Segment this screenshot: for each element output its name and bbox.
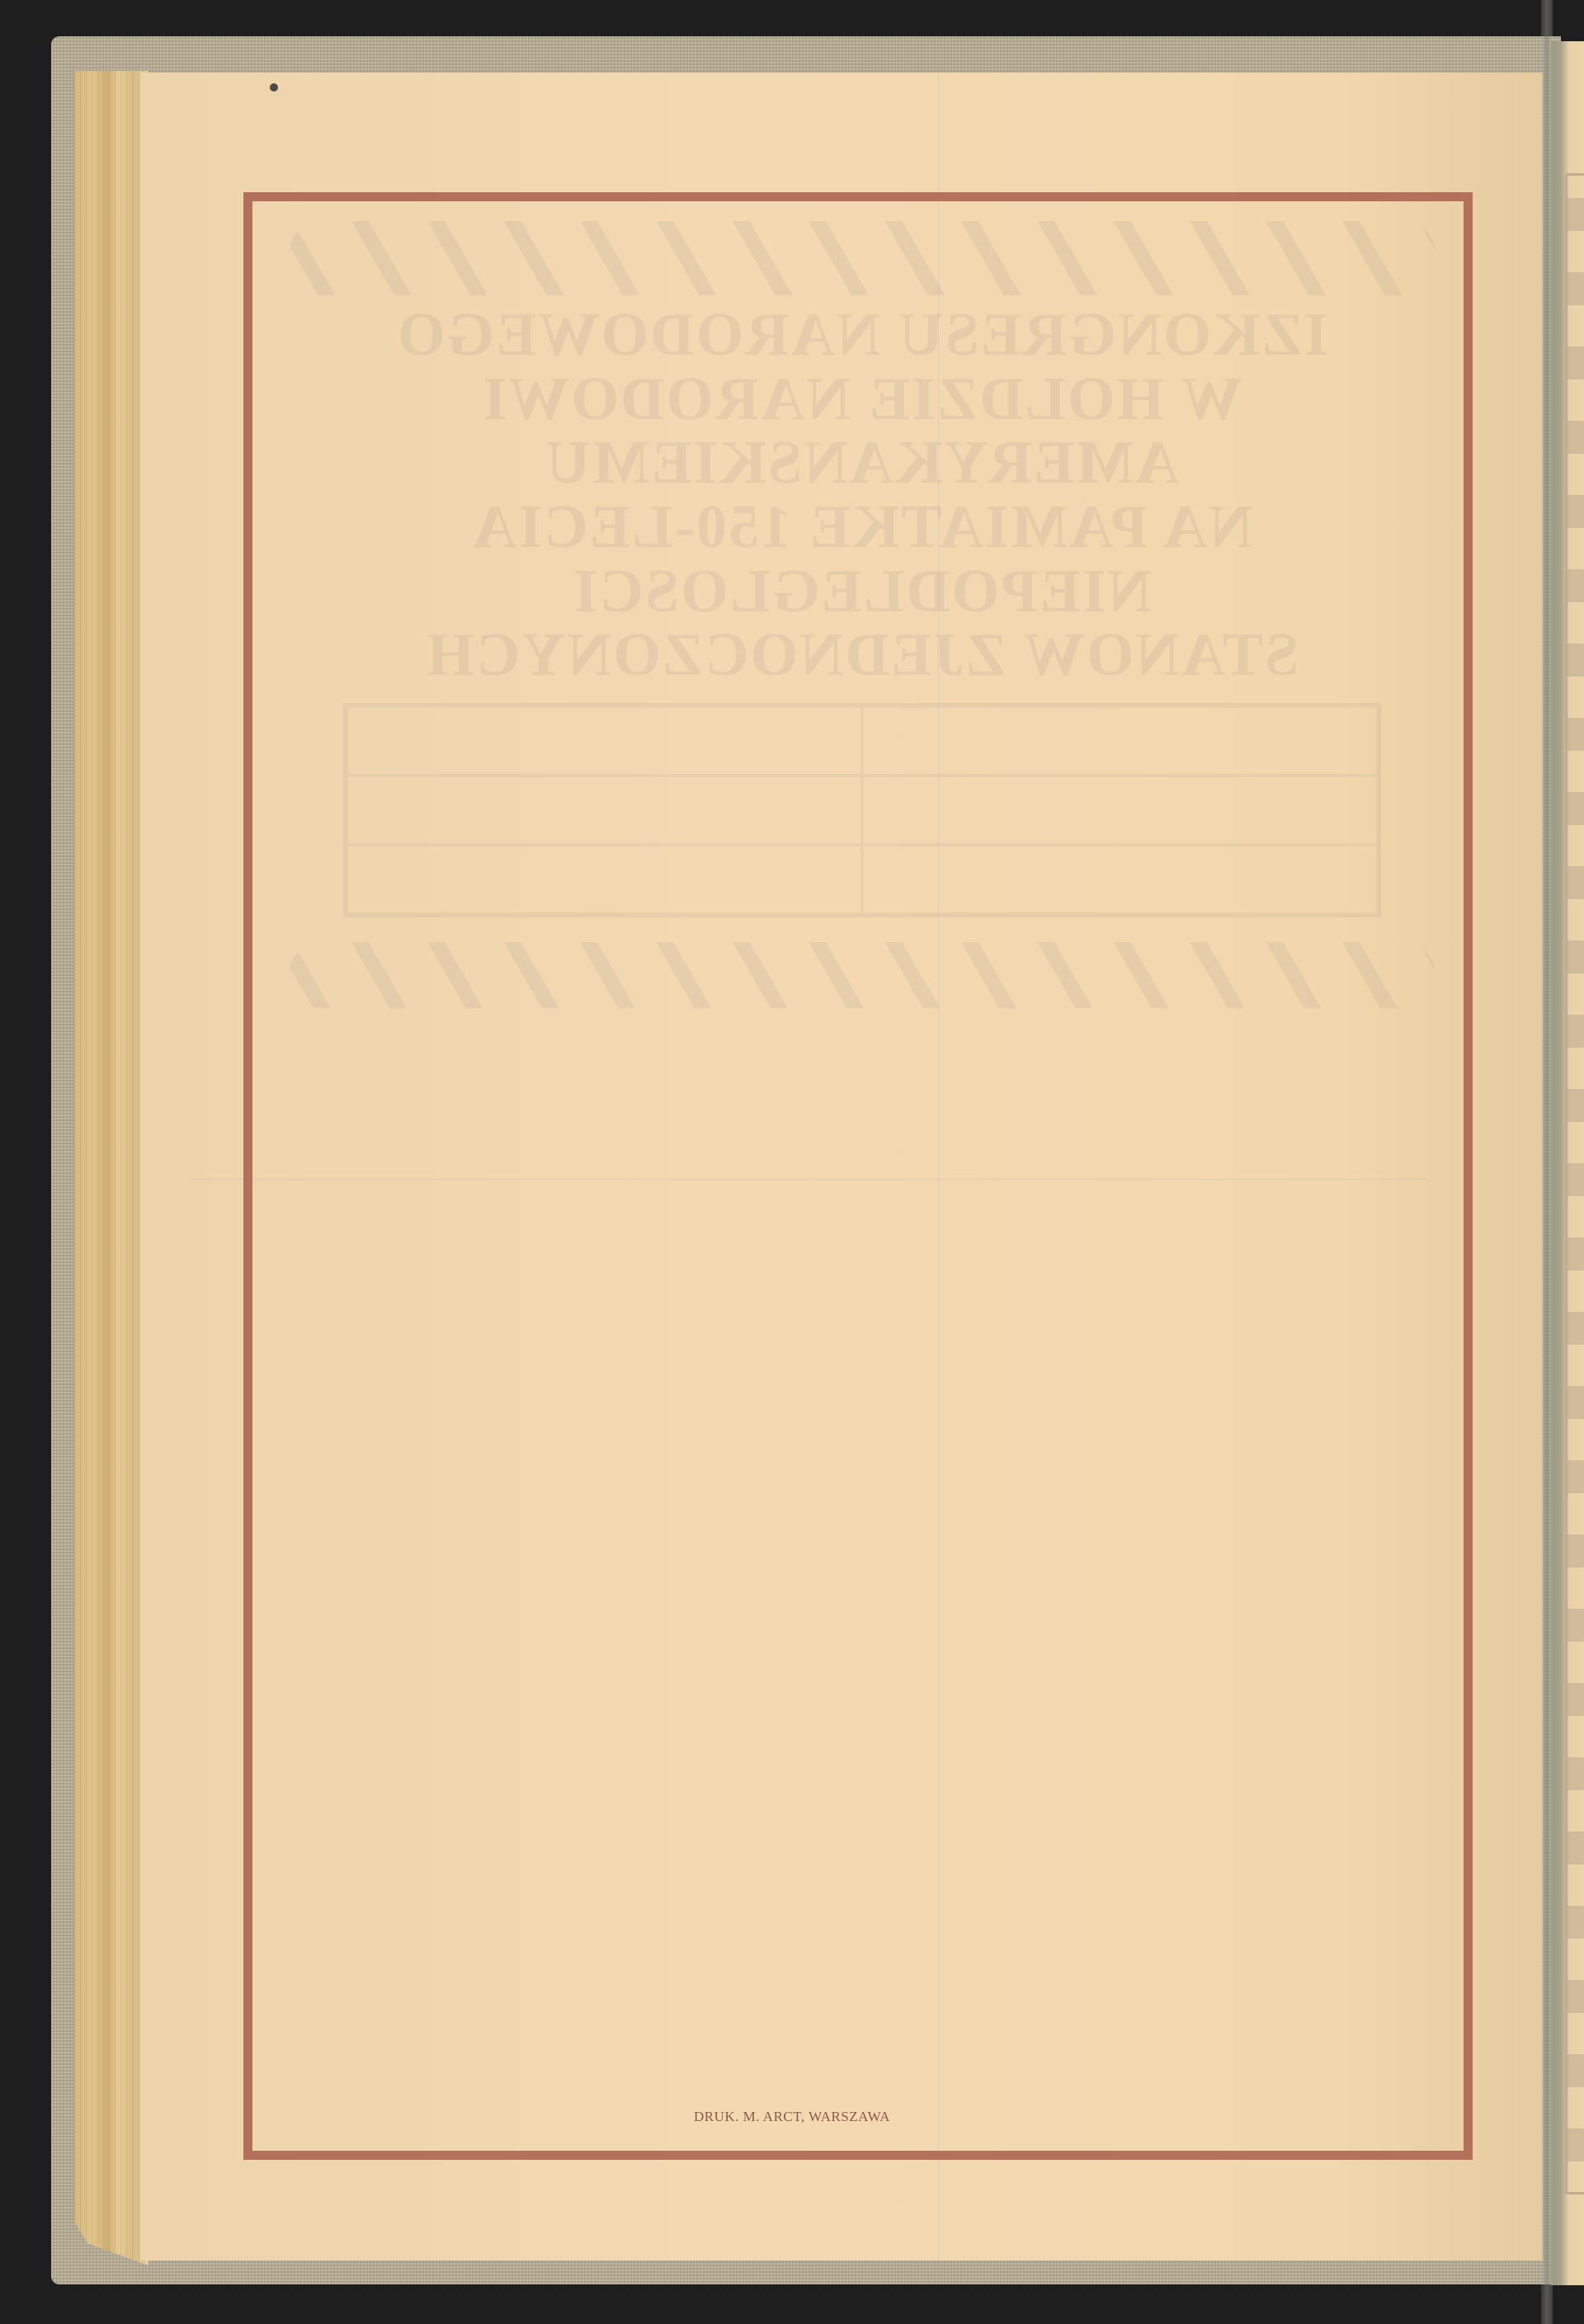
facing-page-handwriting [1567,198,1584,2161]
paper-spot [270,83,278,92]
red-page-frame [243,192,1473,2160]
document-page: IZKONGRESU NARODOWEGO W HOLDZIE NARODOWI… [140,73,1543,2260]
page-edges [74,71,148,2265]
glass-plate-edge [1541,0,1553,2324]
printer-imprint: DRUK. M. ARCT, WARSZAWA [0,2109,1584,2125]
